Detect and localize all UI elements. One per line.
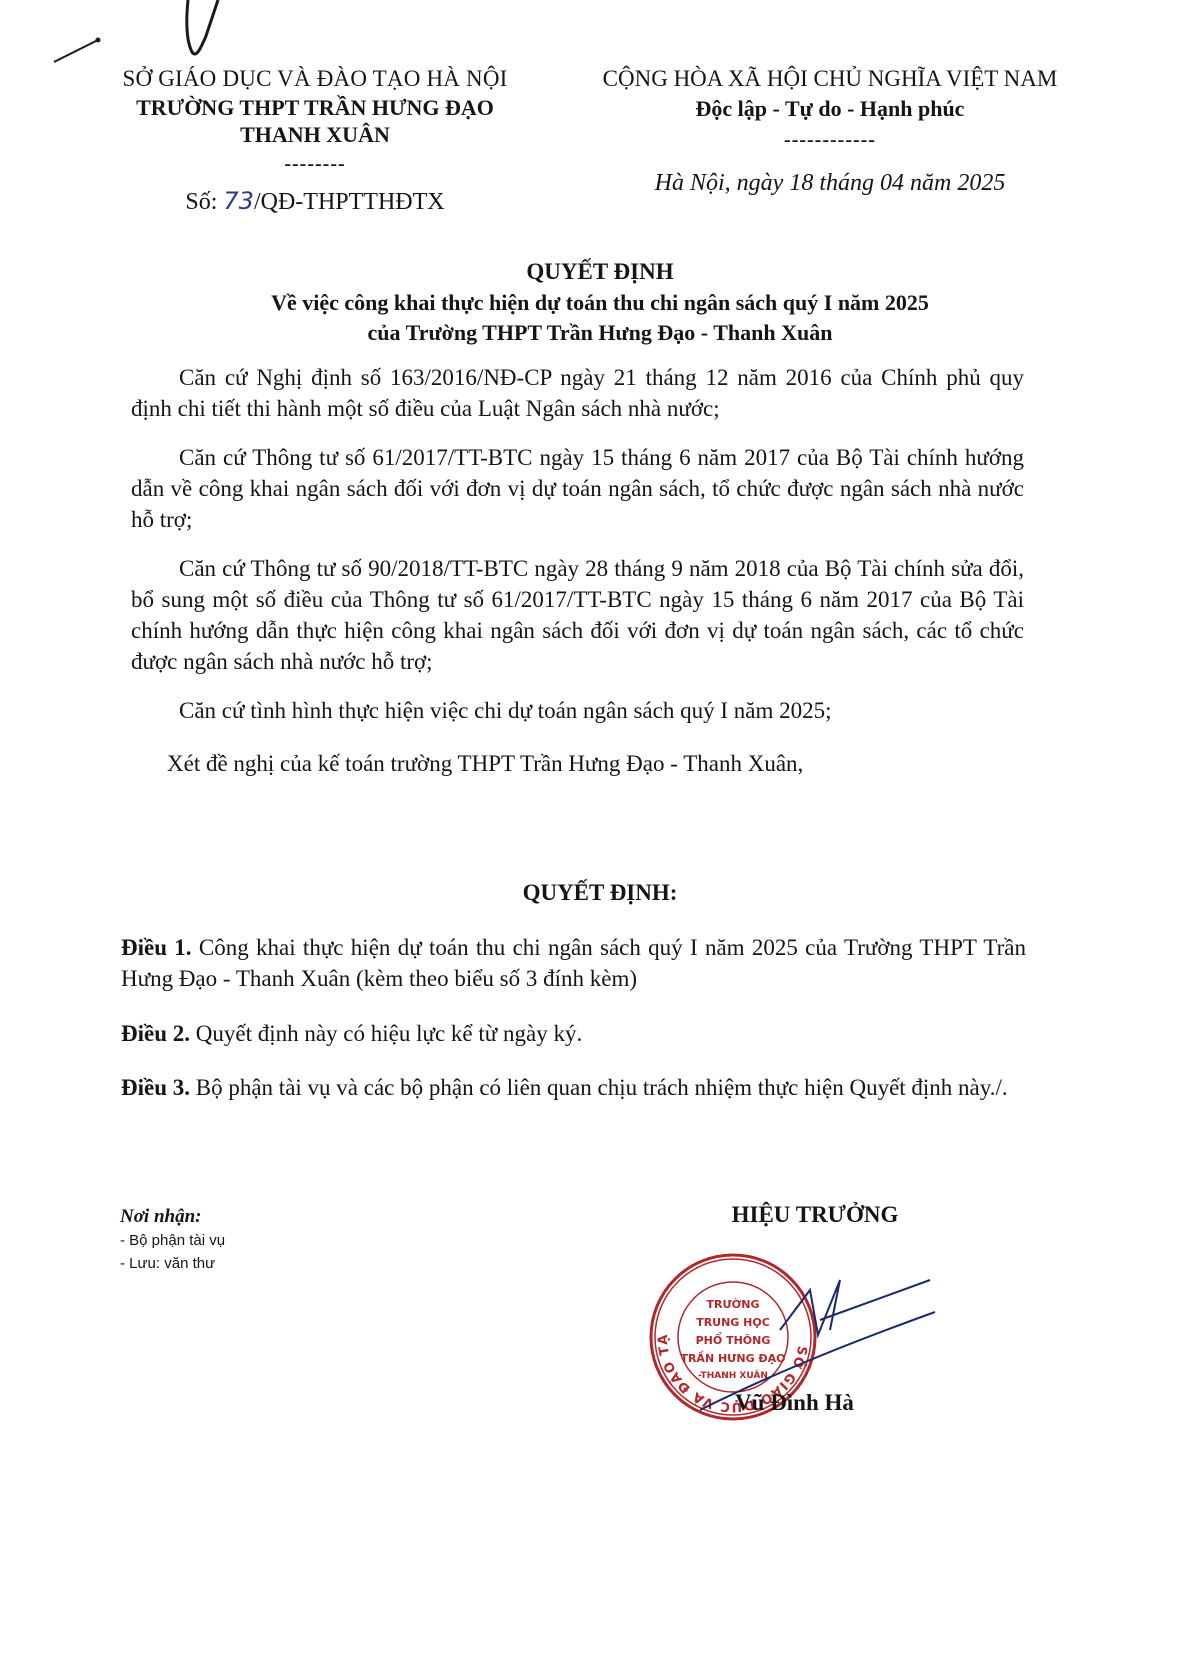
handwritten-tick-mark <box>48 34 108 68</box>
header-divider-right: ------------ <box>590 130 1070 150</box>
school-name-line2: THANH XUÂN <box>100 121 530 148</box>
title-subject-line1: Về việc công khai thực hiện dự toán thu … <box>130 288 1070 318</box>
issuing-agency-header: SỞ GIÁO DỤC VÀ ĐÀO TẠO HÀ NỘI TRƯỜNG THP… <box>100 64 530 217</box>
title-heading: QUYẾT ĐỊNH <box>130 256 1070 288</box>
signer-name: Vũ Đình Hà <box>735 1390 935 1416</box>
handwritten-initial-mark <box>180 0 230 60</box>
country-name: CỘNG HÒA XÃ HỘI CHỦ NGHĨA VIỆT NAM <box>590 64 1070 94</box>
recipient-item: - Bộ phận tài vụ <box>120 1229 420 1252</box>
preamble-basis-2: Căn cứ Thông tư số 61/2017/TT-BTC ngày 1… <box>131 442 1024 535</box>
decision-heading: QUYẾT ĐỊNH: <box>130 880 1070 906</box>
preamble-basis-1: Căn cứ Nghị định số 163/2016/NĐ-CP ngày … <box>131 362 1024 424</box>
preamble-basis-3: Căn cứ Thông tư số 90/2018/TT-BTC ngày 2… <box>131 553 1024 677</box>
article-3: Điều 3. Bộ phận tài vụ và các bộ phận có… <box>121 1072 1026 1103</box>
recipient-item: - Lưu: văn thư <box>120 1252 420 1275</box>
signer-title: HIỆU TRƯỞNG <box>690 1202 940 1228</box>
national-motto: Độc lập - Tự do - Hạnh phúc <box>590 94 1070 124</box>
preamble: Căn cứ Nghị định số 163/2016/NĐ-CP ngày … <box>131 362 1024 797</box>
national-header: CỘNG HÒA XÃ HỘI CHỦ NGHĨA VIỆT NAM Độc l… <box>590 64 1070 198</box>
preamble-proposal: Xét đề nghị của kế toán trường THPT Trần… <box>131 748 1024 779</box>
handwritten-number: 73 <box>223 187 254 215</box>
article-2: Điều 2. Quyết định này có hiệu lực kể từ… <box>121 1018 1026 1049</box>
recipients-list: Nơi nhận: - Bộ phận tài vụ - Lưu: văn th… <box>120 1205 420 1275</box>
document-number: Số: 73/QĐ-THPTTHĐTX <box>100 186 530 217</box>
article-1: Điều 1. Công khai thực hiện dự toán thu … <box>121 932 1026 994</box>
school-name-line1: TRƯỜNG THPT TRẦN HƯNG ĐẠO <box>100 94 530 121</box>
place-and-date: Hà Nội, ngày 18 tháng 04 năm 2025 <box>590 168 1070 198</box>
agency-name: SỞ GIÁO DỤC VÀ ĐÀO TẠO HÀ NỘI <box>100 64 530 94</box>
document-title: QUYẾT ĐỊNH Về việc công khai thực hiện d… <box>130 256 1070 348</box>
preamble-basis-4: Căn cứ tình hình thực hiện việc chi dự t… <box>131 695 1024 726</box>
header-divider-left: -------- <box>100 154 530 174</box>
recipients-heading: Nơi nhận: <box>120 1205 420 1229</box>
title-subject-line2: của Trường THPT Trần Hưng Đạo - Thanh Xu… <box>130 318 1070 348</box>
